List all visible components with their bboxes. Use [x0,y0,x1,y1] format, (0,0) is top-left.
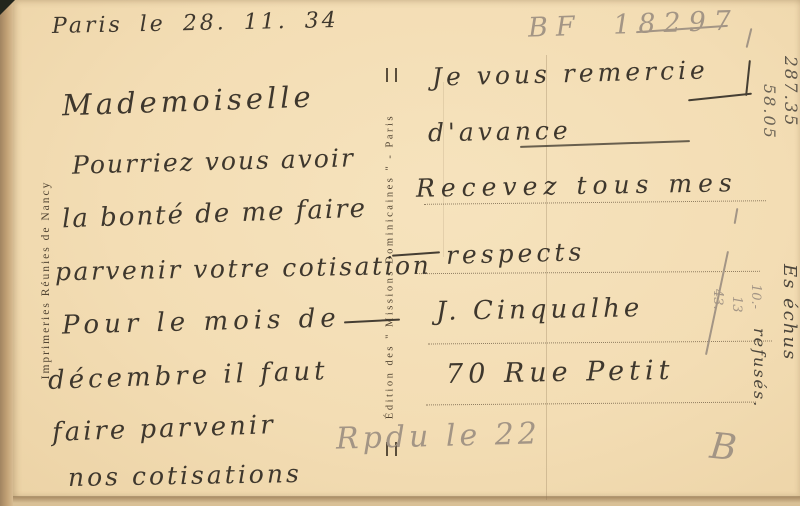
faint-crease-line [443,82,444,257]
divider-end-mark-top [386,68,397,82]
scan-left-edge [0,0,13,506]
margin-amount: 58.05 [760,84,778,140]
margin-note-word: Es échus [779,264,799,361]
address-line: 70 Rue Petit [446,356,675,390]
signature: J. Cinqualhe [436,294,644,326]
printer-credit: Imprimeries Réunies de Nancy [40,167,54,393]
corner-initial-mark: B [708,427,738,469]
margin-amount: 287.35 [780,56,799,127]
scan-corner-shadow [0,0,15,15]
message-line: respects [446,238,586,269]
message-line: Recevez tous mes [416,169,738,202]
message-line: parvenir votre cotisation [55,252,432,286]
message-line: nos cotisations [68,460,302,492]
pencil-reply-note: Rpdu le 22 [336,417,542,455]
margin-sum-figure: 43. [710,289,724,310]
postcard-scan: Imprimeries Réunies de Nancy Édition des… [0,0,800,506]
margin-note-word: refusés. [750,328,768,408]
margin-sum-figure: 10.- [748,284,762,309]
margin-sum-figure: 13 [729,296,743,313]
message-line: d'avance [428,117,572,147]
scan-bottom-edge [13,496,800,506]
